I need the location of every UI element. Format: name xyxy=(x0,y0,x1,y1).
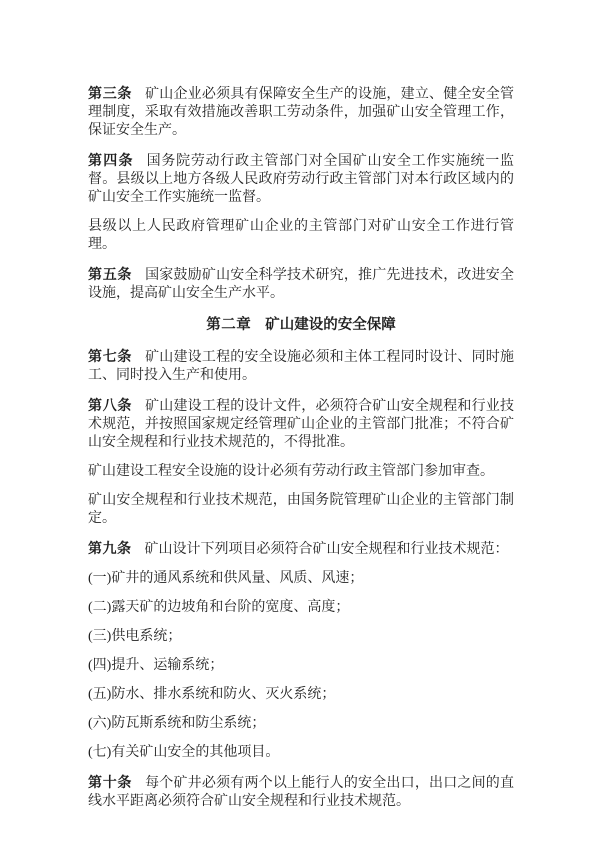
list-item: (六)防瓦斯系统和防尘系统； xyxy=(88,715,514,733)
article-number-label: 第七条 xyxy=(88,348,132,364)
article-paragraph: 第五条国家鼓励矿山安全科学技术研究，推广先进技术，改进安全设施，提高矿山安全生产… xyxy=(88,265,514,303)
paragraph: 县级以上人民政府管理矿山企业的主管部门对矿山安全工作进行管理。 xyxy=(88,218,514,254)
body-text-run: 矿山建设工程安全设施的设计必须有劳动行政主管部门参加审查。 xyxy=(88,464,494,479)
chapter-heading: 第二章矿山建设的安全保障 xyxy=(88,316,514,334)
article-paragraph: 第十条每个矿井必须有两个以上能行人的安全出口，出口之间的直线水平距离必须符合矿山… xyxy=(88,773,514,811)
body-text-run: 矿山企业必须具有保障安全生产的设施，建立、健全安全管理制度，采取有效措施改善职工… xyxy=(88,87,514,138)
paragraph: 矿山安全规程和行业技术规范，由国务院管理矿山企业的主管部门制定。 xyxy=(88,492,514,528)
body-text-run: 矿山建设工程的安全设施必须和主体工程同时设计、同时施工、同时投入生产和使用。 xyxy=(88,350,514,383)
body-text-run: 每个矿井必须有两个以上能行人的安全出口，出口之间的直线水平距离必须符合矿山安全规… xyxy=(88,776,514,809)
chapter-number-label: 第二章 xyxy=(206,317,251,333)
paragraph: 矿山建设工程安全设施的设计必须有劳动行政主管部门参加审查。 xyxy=(88,463,514,481)
chapter-title-text: 矿山建设的安全保障 xyxy=(265,317,396,333)
list-item: (一)矿井的通风系统和供风量、风质、风速； xyxy=(88,570,514,588)
body-text-run: (三)供电系统； xyxy=(88,629,181,644)
body-text-run: 国务院劳动行政主管部门对全国矿山安全工作实施统一监督。县级以上地方各级人民政府劳… xyxy=(88,154,514,205)
document-body: 第三条矿山企业必须具有保障安全生产的设施，建立、健全安全管理制度，采取有效措施改… xyxy=(88,84,514,822)
list-item: (三)供电系统； xyxy=(88,628,514,646)
article-number-label: 第十条 xyxy=(88,774,132,790)
article-number-label: 第八条 xyxy=(88,397,132,413)
article-paragraph: 第八条矿山建设工程的设计文件，必须符合矿山安全规程和行业技术规范，并按照国家规定… xyxy=(88,396,514,452)
body-text-run: (二)露天矿的边坡角和台阶的宽度、高度； xyxy=(88,600,349,615)
body-text-run: 矿山建设工程的设计文件，必须符合矿山安全规程和行业技术规范，并按照国家规定经管理… xyxy=(88,399,514,450)
list-item: (四)提升、运输系统； xyxy=(88,657,514,675)
article-number-label: 第三条 xyxy=(88,85,132,101)
body-text-run: 县级以上人民政府管理矿山企业的主管部门对矿山安全工作进行管理。 xyxy=(88,219,514,252)
body-text-run: 国家鼓励矿山安全科学技术研究，推广先进技术，改进安全设施，提高矿山安全生产水平。 xyxy=(88,268,514,301)
list-item: (二)露天矿的边坡角和台阶的宽度、高度； xyxy=(88,599,514,617)
article-number-label: 第九条 xyxy=(88,540,132,556)
article-paragraph: 第九条矿山设计下列项目必须符合矿山安全规程和行业技术规范： xyxy=(88,539,514,559)
article-paragraph: 第四条国务院劳动行政主管部门对全国矿山安全工作实施统一监督。县级以上地方各级人民… xyxy=(88,151,514,207)
body-text-run: (七)有关矿山安全的其他项目。 xyxy=(88,745,279,760)
document-page: 第三条矿山企业必须具有保障安全生产的设施，建立、健全安全管理制度，采取有效措施改… xyxy=(0,0,595,841)
body-text-run: (四)提升、运输系统； xyxy=(88,658,223,673)
body-text-run: (五)防水、排水系统和防火、灭火系统； xyxy=(88,687,335,702)
body-text-run: (一)矿井的通风系统和供风量、风质、风速； xyxy=(88,571,363,586)
body-text-run: (六)防瓦斯系统和防尘系统； xyxy=(88,716,265,731)
body-text-run: 矿山设计下列项目必须符合矿山安全规程和行业技术规范： xyxy=(145,542,509,557)
list-item: (五)防水、排水系统和防火、灭火系统； xyxy=(88,686,514,704)
article-number-label: 第四条 xyxy=(88,152,134,168)
body-text-run: 矿山安全规程和行业技术规范，由国务院管理矿山企业的主管部门制定。 xyxy=(88,493,514,526)
article-paragraph: 第三条矿山企业必须具有保障安全生产的设施，建立、健全安全管理制度，采取有效措施改… xyxy=(88,84,514,140)
list-item: (七)有关矿山安全的其他项目。 xyxy=(88,744,514,762)
article-number-label: 第五条 xyxy=(88,266,132,282)
article-paragraph: 第七条矿山建设工程的安全设施必须和主体工程同时设计、同时施工、同时投入生产和使用… xyxy=(88,347,514,385)
